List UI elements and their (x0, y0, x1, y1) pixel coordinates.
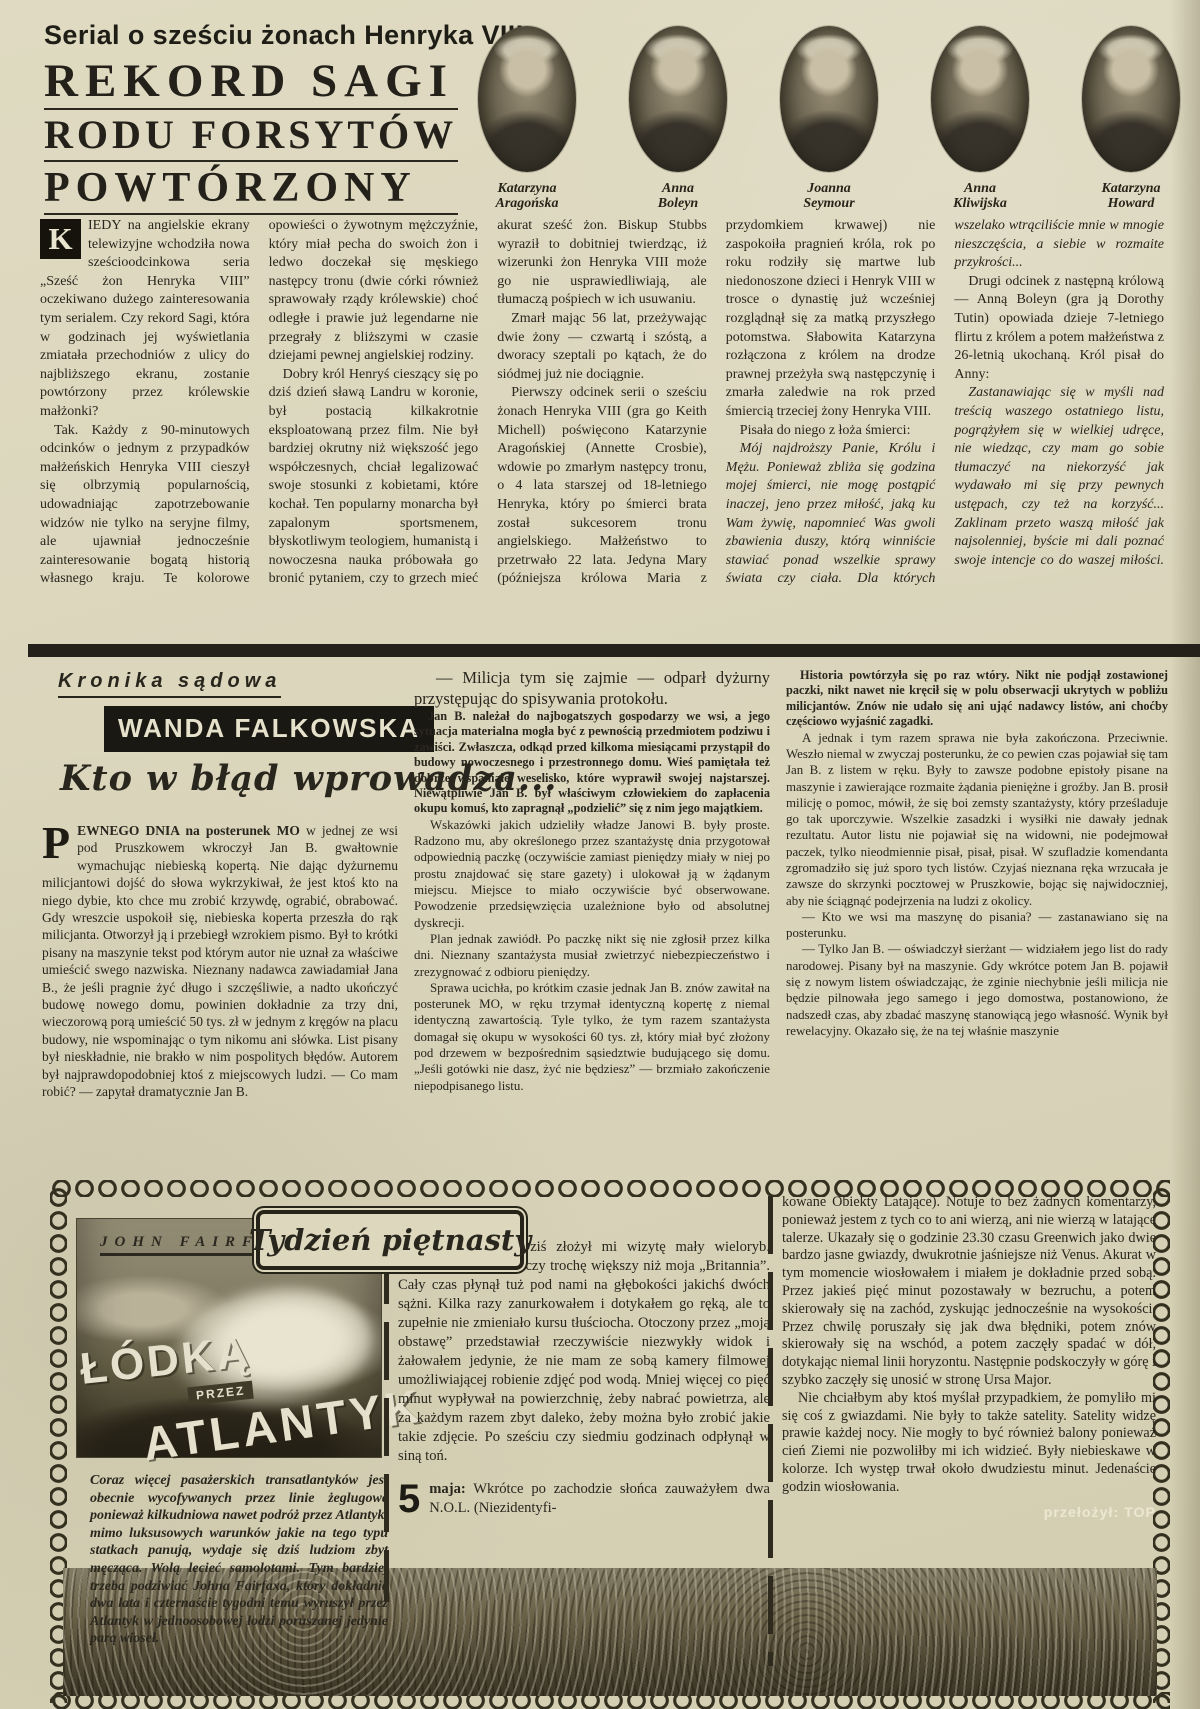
portrait-anna-kliwijska: Anna Kliwijska (911, 26, 1049, 211)
episode-title: Tydzień piętnasty (249, 1223, 531, 1257)
portrait-caption: Joanna Seymour (760, 181, 898, 211)
caption-surname: Boleyn (609, 196, 747, 211)
caption-surname: Aragońska (458, 196, 596, 211)
paragraph: Plan jednak zawiódł. Po paczkę nikt się … (414, 931, 770, 980)
drop-cap: 5 (398, 1482, 420, 1516)
portrait-photo (780, 26, 878, 172)
paragraph: Sprawa ucichła, po krótkim czasie jednak… (414, 980, 770, 1094)
caption-name: Joanna (760, 181, 898, 196)
fairfax-feature-box: JOHN FAIRFAX ŁÓDKĄ PRZEZ ATLANTYK Tydzie… (50, 1180, 1170, 1709)
portrait-caption: Katarzyna Howard (1062, 181, 1200, 211)
kronika-column-left: PEWNEGO DNIA na posterunek MO w jednej z… (42, 822, 398, 1167)
caption-name: Katarzyna (1062, 181, 1200, 196)
main-headline: REKORD SAGI RODU FORSYTÓW POWTÓRZONY (44, 57, 458, 218)
portrait-katarzyna-howard: Katarzyna Howard (1062, 26, 1200, 211)
portrait-photo (931, 26, 1029, 172)
paragraph: PEWNEGO DNIA na posterunek MO w jednej z… (42, 822, 398, 1101)
caption-name: Katarzyna (458, 181, 596, 196)
author-nameplate: WANDA FALKOWSKA (104, 706, 434, 752)
lead-text: maja: (429, 1481, 465, 1497)
portrait-caption: Katarzyna Aragońska (458, 181, 596, 211)
caption-surname: Kliwijska (911, 196, 1049, 211)
paragraph: przełożył: TOP (782, 1505, 1156, 1523)
portrait-katarzyna-aragonska: Katarzyna Aragońska (458, 26, 596, 211)
lead-text: EWNEGO DNIA na posterunek MO (77, 823, 300, 838)
paragraph: Pisała do niego z łoża śmierci: (726, 422, 936, 441)
wives-portrait-row: Katarzyna Aragońska Anna Boleyn Joanna S… (458, 26, 1200, 211)
paragraph: KIEDY na angielskie ekrany telewizyjne w… (40, 217, 250, 422)
article-kicker: Serial o sześciu żonach Henryka VIII (44, 20, 524, 51)
paragraph: Historia powtórzyła się po raz wtóry. Ni… (786, 668, 1168, 730)
column-rule-left (384, 1246, 389, 1602)
headline-line-3: POWTÓRZONY (44, 165, 458, 215)
portrait-photo (478, 26, 576, 172)
portrait-anna-boleyn: Anna Boleyn (609, 26, 747, 211)
caption-surname: Seymour (760, 196, 898, 211)
section-divider-bar (28, 644, 1200, 657)
paragraph: Jan B. należał do najbogatszych gospodar… (414, 709, 770, 817)
feature-column-right: kowane Obiekty Latające). Notuje to bez … (782, 1194, 1156, 1694)
portrait-photo (1082, 26, 1180, 172)
paragraph: — Milicja tym się zajmie — odparł dyżurn… (414, 668, 770, 709)
kronika-sadowa-section: Kronika sądowa WANDA FALKOWSKA Kto w błą… (42, 666, 1168, 1171)
paragraph: Wskazówki jakich udzieliły władze Janowi… (414, 817, 770, 931)
headline-line-1: REKORD SAGI (44, 57, 458, 110)
caption-name: Anna (609, 181, 747, 196)
episode-title-box: Tydzień piętnasty (256, 1210, 524, 1270)
kronika-column-right: Historia powtórzyła się po raz wtóry. Ni… (786, 668, 1168, 1168)
paragraph: 28kwietnia: Dziś złożył mi wizytę mały w… (398, 1238, 770, 1466)
paragraph: — Tylko Jan B. — oświadczył sierżant — w… (786, 941, 1168, 1039)
section-label: Kronika sądowa (58, 670, 281, 698)
paragraph: Nie chciałbym aby ktoś myślał przypadkie… (782, 1390, 1156, 1497)
paragraph: Drugi odcinek z następną królową — Anną … (954, 273, 1164, 385)
caption-name: Anna (911, 181, 1049, 196)
photo-caption: Coraz więcej pasażerskich transatlantykó… (90, 1472, 388, 1648)
diary-column: 28kwietnia: Dziś złożył mi wizytę mały w… (398, 1238, 770, 1532)
paragraph: Zmarł mając 56 lat, przeżywając dwie żon… (497, 310, 707, 384)
newspaper-page: { "colors":{"paper":"#d9d4ba","ink":"#28… (0, 0, 1200, 1709)
paragraph: kowane Obiekty Latające). Notuje to bez … (782, 1194, 1156, 1390)
paragraph: — Kto we wsi ma maszynę do pisania? — za… (786, 909, 1168, 942)
portrait-joanna-seymour: Joanna Seymour (760, 26, 898, 211)
top-article-columns: KIEDY na angielskie ekrany telewizyjne w… (40, 217, 1164, 607)
headline-line-2: RODU FORSYTÓW (44, 113, 458, 162)
paragraph: A jednak i tym razem sprawa nie była zak… (786, 730, 1168, 909)
paragraph: 5maja: Wkrótce po zachodzie słońca zauwa… (398, 1480, 770, 1518)
portrait-caption: Anna Boleyn (609, 181, 747, 211)
drop-cap: P (42, 824, 70, 862)
drop-cap: K (40, 219, 81, 259)
portrait-caption: Anna Kliwijska (911, 181, 1049, 211)
caption-surname: Howard (1062, 196, 1200, 211)
kronika-column-middle: — Milicja tym się zajmie — odparł dyżurn… (414, 668, 770, 1168)
portrait-photo (629, 26, 727, 172)
